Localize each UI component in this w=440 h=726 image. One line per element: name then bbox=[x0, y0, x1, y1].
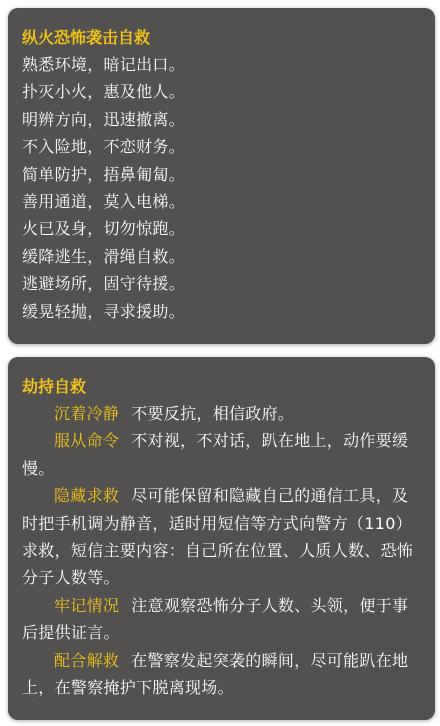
hostage-tip: 牢记情况注意观察恐怖分子人数、头领，便于事后提供证言。 bbox=[22, 592, 421, 647]
fire-tip-line: 善用通道，莫入电梯。 bbox=[22, 188, 421, 215]
fire-tip-line: 火已及身，切勿惊跑。 bbox=[22, 215, 421, 242]
fire-tip-line: 明辨方向，迅速撤离。 bbox=[22, 106, 421, 133]
fire-tip-line: 逃避场所，固守待援。 bbox=[22, 270, 421, 297]
fire-tip-line: 扑灭小火，惠及他人。 bbox=[22, 78, 421, 105]
hostage-tip-key: 隐藏求救 bbox=[54, 486, 119, 505]
fire-tip-line: 缓晃轻抛，寻求援助。 bbox=[22, 298, 421, 325]
fire-attack-title: 纵火恐怖袭击自救 bbox=[22, 24, 421, 51]
hostage-title: 劫持自救 bbox=[22, 373, 421, 400]
fire-tip-line: 缓降逃生，滑绳自救。 bbox=[22, 243, 421, 270]
hostage-card: 劫持自救 沉着冷静不要反抗，相信政府。 服从命令不对视，不对话，趴在地上，动作要… bbox=[8, 357, 435, 720]
hostage-tip: 隐藏求救尽可能保留和隐藏自己的通信工具，及时把手机调为静音，适时用短信等方式向警… bbox=[22, 482, 421, 592]
hostage-tip-text: 不要反抗，相信政府。 bbox=[131, 404, 294, 423]
hostage-tip-key: 配合解救 bbox=[54, 651, 119, 670]
hostage-tip: 配合解救在警察发起突袭的瞬间，尽可能趴在地上，在警察掩护下脱离现场。 bbox=[22, 647, 421, 702]
hostage-tip-key: 沉着冷静 bbox=[54, 404, 119, 423]
fire-attack-card: 纵火恐怖袭击自救 熟悉环境，暗记出口。 扑灭小火，惠及他人。 明辨方向，迅速撤离… bbox=[8, 8, 435, 344]
hostage-tip-key: 服从命令 bbox=[54, 431, 119, 450]
fire-tip-line: 简单防护，捂鼻匍匐。 bbox=[22, 161, 421, 188]
fire-tip-line: 不入险地，不恋财务。 bbox=[22, 133, 421, 160]
hostage-tip: 沉着冷静不要反抗，相信政府。 bbox=[22, 400, 421, 427]
fire-tip-line: 熟悉环境，暗记出口。 bbox=[22, 51, 421, 78]
hostage-tip: 服从命令不对视，不对话，趴在地上，动作要缓慢。 bbox=[22, 427, 421, 482]
hostage-tip-key: 牢记情况 bbox=[54, 596, 119, 615]
